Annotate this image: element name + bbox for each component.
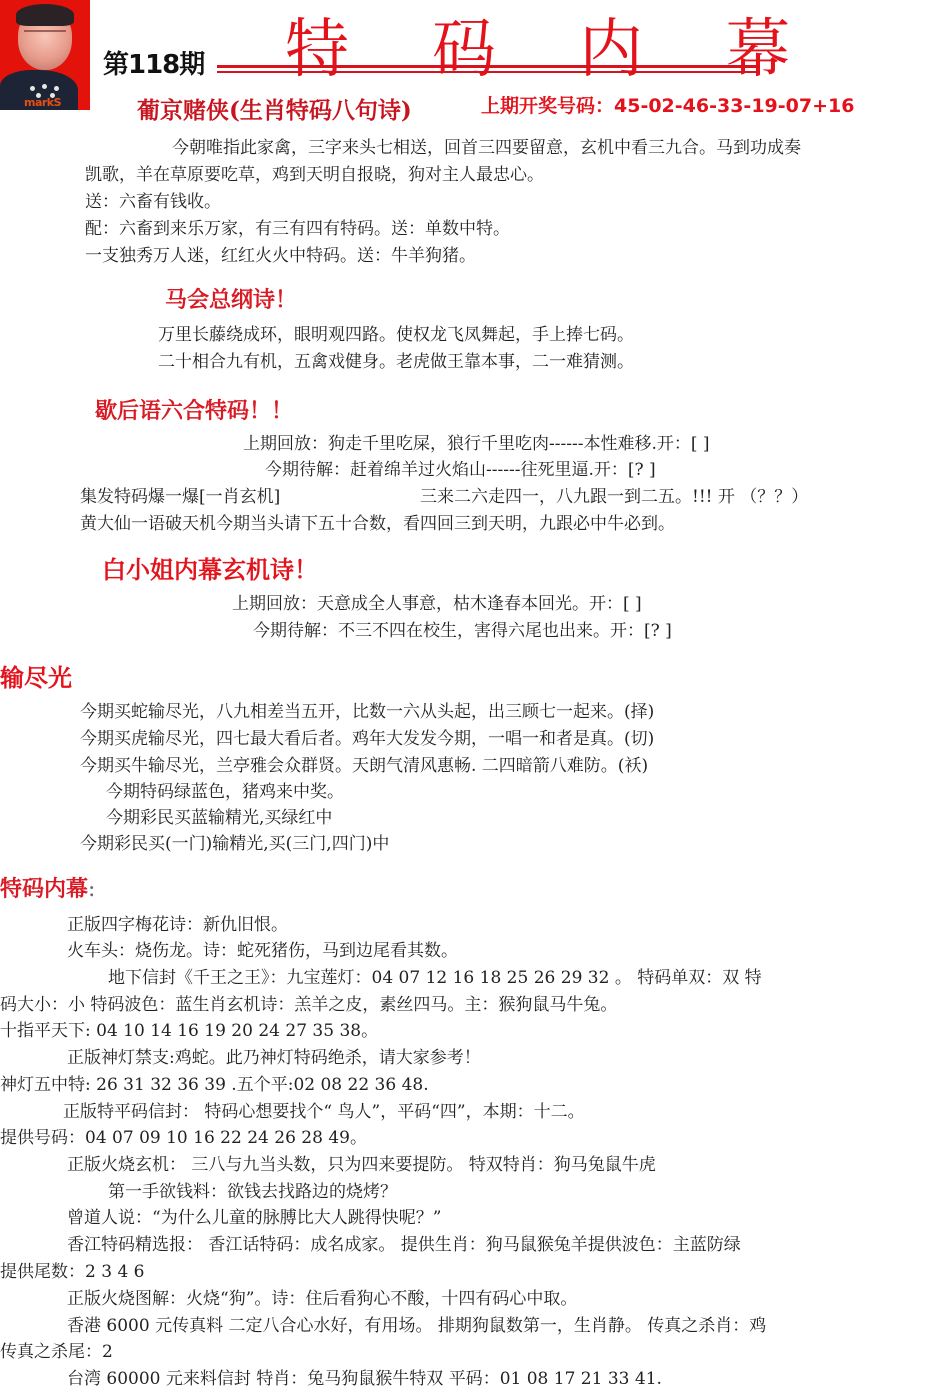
title-char: 码: [432, 0, 579, 90]
shujinguang-line: 今期彩民买(一门)输精光,买(三门,四门)中: [80, 834, 389, 854]
shujinguang-line: 今期买蛇输尽光，八九相差当五开，比数一六从头起，出三顾七一起来。(择): [80, 702, 654, 722]
jifa-label: 集发特码爆一爆[一肖玄机]: [80, 487, 280, 507]
neimu-line: 正版特平码信封： 特码心想要找个“ 鸟人”，平码“四”，本期：十二。: [63, 1102, 585, 1122]
section-heading-mahui: 马会总纲诗！: [165, 283, 297, 314]
poem-line: 配：六畜到来乐万家，有三有四有特码。送：单数中特。: [85, 219, 510, 239]
neimu-line: 正版神灯禁支:鸡蛇。此乃神灯特码绝杀，请大家参考！: [67, 1048, 481, 1068]
neimu-line: 码大小：小 特码波色：蓝生肖玄机诗：羔羊之皮，素丝四马。主：猴狗鼠马牛兔。: [0, 995, 617, 1015]
avatar-button-decor: [54, 86, 59, 91]
neimu-line: 正版四字梅花诗：新仇旧恨。: [67, 915, 288, 935]
neimu-line: 曾道人说：“为什么儿童的脉膊比大人跳得快呢？”: [67, 1208, 441, 1228]
subtitle: 葡京赌侠(生肖特码八句诗): [137, 92, 412, 125]
neimu-line: 十指平天下: 04 10 14 16 19 20 24 27 35 38。: [0, 1021, 378, 1041]
title-char: 幕: [726, 0, 873, 90]
neimu-line: 提供尾数：2 3 4 6: [0, 1262, 144, 1282]
shujinguang-line: 今期买牛输尽光，兰亭雅会众群贤。天朗气清风惠畅. 二四暗箭八难防。(袄): [80, 756, 648, 776]
neimu-line: 香港 6000 元传真料 二定八合心水好，有用场。 排期狗鼠数第一，生肖静。 传…: [67, 1316, 766, 1336]
avatar-brand-logo: markS: [24, 96, 61, 109]
neimu-line: 台湾 60000 元来料信封 特肖：兔马狗鼠猴牛特双 平码：01 08 17 2…: [67, 1369, 662, 1389]
neimu-line: 火车头：烧伤龙。诗：蛇死猪伤，马到边尾看其数。: [67, 941, 458, 961]
section-heading-temaneimu: 特码内幕:: [0, 872, 95, 903]
section-heading-shujinguang: 输尽光: [0, 658, 72, 693]
huangdaxian-line: 黄大仙一语破天机今期当头请下五十合数，看四回三到天明，九跟必中牛必到。: [80, 514, 675, 534]
xiehouyu-current: 今期待解：赶着绵羊过火焰山------往死里逼.开：[? ]: [265, 460, 656, 480]
jifa-text: 三来二六走四一，八九跟一到二五。!!! 开 （？？）: [420, 487, 808, 507]
avatar: markS: [0, 0, 90, 110]
shujinguang-line: 今期特码绿蓝色，猪鸡来中奖。: [106, 782, 344, 802]
avatar-hair: [16, 4, 74, 26]
section-heading-colon: :: [88, 877, 95, 902]
section-heading-text: 特码内幕: [0, 876, 88, 902]
poem-line: 一支独秀万人迷，红红火火中特码。送：牛羊狗猪。: [85, 246, 476, 266]
shujinguang-line: 今期彩民买蓝输精光,买绿红中: [106, 808, 332, 828]
avatar-button-decor: [30, 86, 35, 91]
last-draw-numbers: 45-02-46-33-19-07+16: [614, 95, 854, 117]
poem-line: 今朝唯指此家禽，三字来头七相送，回首三四要留意，玄机中看三九合。马到功成奏: [172, 138, 801, 158]
avatar-glasses: [24, 30, 66, 40]
mahui-line: 万里长藤绕成环，眼明观四路。使权龙飞凤舞起，手上捧七码。: [158, 325, 634, 345]
neimu-line: 提供号码：04 07 09 10 16 22 24 26 28 49。: [0, 1128, 367, 1148]
poem-line: 送：六畜有钱收。: [85, 192, 221, 212]
last-draw-label: 上期开奖号码：: [481, 95, 614, 117]
title-char: 特: [285, 0, 432, 90]
neimu-line: 正版火烧玄机： 三八与九当头数，只为四来要提防。 特双特肖：狗马兔鼠牛虎: [67, 1155, 656, 1175]
shujinguang-line: 今期买虎输尽光，四七最大看后者。鸡年大发发今期，一唱一和者是真。(切): [80, 729, 654, 749]
bai-current: 今期待解：不三不四在校生，害得六尾也出来。开：[? ]: [253, 621, 672, 641]
avatar-button-decor: [42, 84, 47, 89]
poem-line: 凯歌，羊在草原要吃草，鸡到天明自报晓，狗对主人最忠心。: [85, 165, 544, 185]
title-underline: [217, 65, 760, 68]
bai-last-review: 上期回放：天意成全人事意，枯木逢春本回光。开：[ ]: [232, 594, 642, 614]
section-heading-bai: 白小姐内幕玄机诗！: [102, 550, 318, 585]
xiehouyu-last-review: 上期回放：狗走千里吃屎，狼行千里吃肉------本性难移.开：[ ]: [243, 434, 710, 454]
title-underline-thin: [217, 71, 760, 73]
mahui-line: 二十相合九有机，五禽戏健身。老虎做王靠本事，二一难猜测。: [158, 352, 634, 372]
neimu-line: 神灯五中特: 26 31 32 36 39 .五个平:02 08 22 36 4…: [0, 1075, 429, 1095]
last-draw: 上期开奖号码：45-02-46-33-19-07+16: [481, 91, 854, 118]
neimu-line: 传真之杀尾：2: [0, 1342, 113, 1362]
neimu-line: 香江特码精选报： 香江话特码：成名成家。 提供生肖：狗马鼠猴兔羊提供波色：主蓝防…: [67, 1235, 741, 1255]
neimu-line: 地下信封《千王之王》：九宝莲灯：04 07 12 16 18 25 26 29 …: [108, 968, 762, 988]
title-char: 内: [579, 0, 726, 90]
section-heading-xiehouyu: 歇后语六合特码！！: [95, 394, 293, 425]
neimu-line: 第一手欲钱料：欲钱去找路边的烧烤？: [108, 1182, 397, 1202]
issue-number: 第118期: [103, 44, 204, 81]
neimu-line: 正版火烧图解：火烧“狗”。诗：住后看狗心不酸，十四有码心中取。: [67, 1289, 577, 1309]
page-title: 特码内幕: [285, 0, 873, 90]
